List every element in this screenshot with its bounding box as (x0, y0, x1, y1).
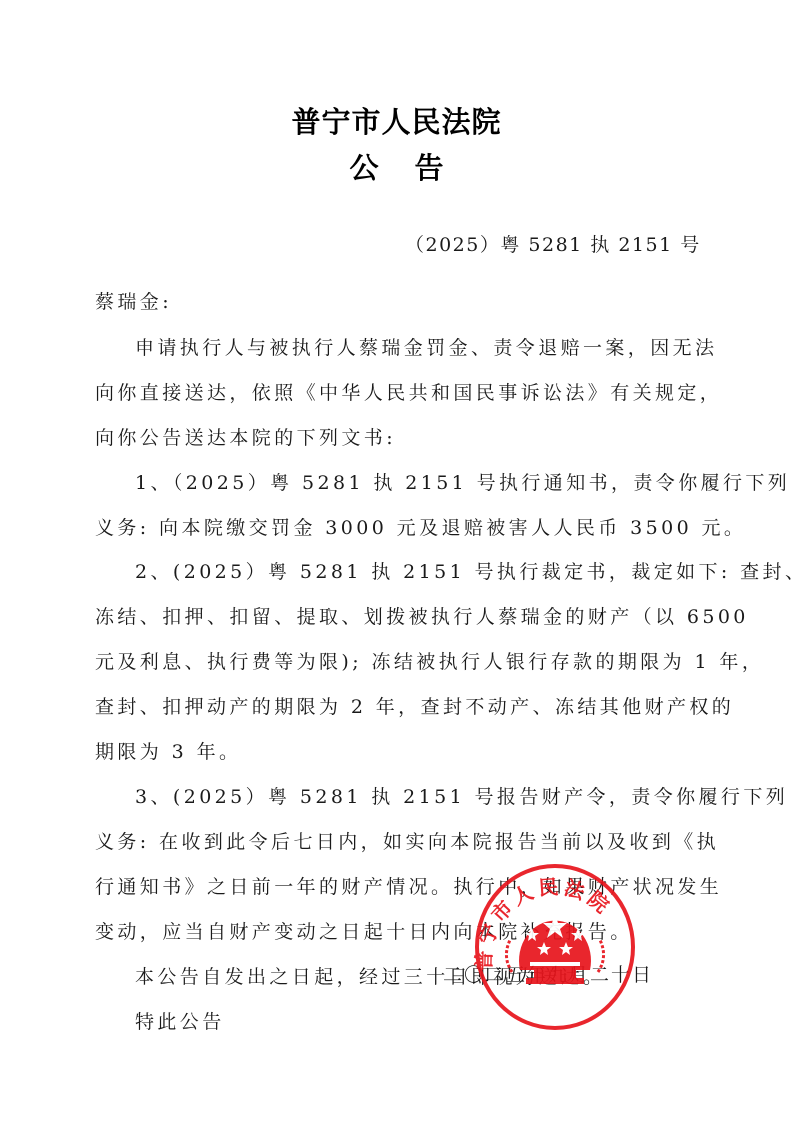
addressee: 蔡瑞金: (95, 290, 172, 314)
item-3-line: 义务: 在收到此令后七日内，如实向本院报告当前以及收到《执 (95, 830, 719, 854)
item-2-line: 冻结、扣押、扣留、提取、划拨被执行人蔡瑞金的财产（以 6500 (95, 605, 749, 629)
body-line: 申请执行人与被执行人蔡瑞金罚金、责令退赔一案，因无法 (135, 336, 717, 360)
document-type-heading: 公告 (0, 146, 793, 187)
item-3-line: 3、(2025）粤 5281 执 2151 号报告财产令，责令你履行下列 (135, 785, 788, 809)
item-2-line: 查封、扣押动产的期限为 2 年，查封不动产、冻结其他财产权的 (95, 695, 734, 719)
item-1-line: 1、（2025）粤 5281 执 2151 号执行通知书，责令你履行下列 (135, 471, 790, 495)
body-line: 向你公告送达本院的下列文书: (95, 426, 396, 450)
document-page: 普宁市人民法院 公告 （2025）粤 5281 执 2151 号 蔡瑞金: 申请… (0, 0, 793, 1122)
item-2-line: 期限为 3 年。 (95, 740, 241, 764)
case-number: （2025）粤 5281 执 2151 号 (405, 230, 701, 257)
item-2-line: 2、(2025）粤 5281 执 2151 号执行裁定书，裁定如下: 查封、 (135, 560, 793, 584)
item-3-line: 变动，应当自财产变动之日起十日内向本院补充报告。 (95, 920, 633, 944)
item-3-line: 行通知书》之日前一年的财产情况。执行中，如果财产状况发生 (95, 875, 722, 899)
item-1-line: 义务: 向本院缴交罚金 3000 元及退赔被害人人民币 3500 元。 (95, 516, 746, 540)
issue-date: 二〇二五年九月二十日 (443, 960, 653, 987)
closing-line: 特此公告 (135, 1010, 225, 1034)
court-name: 普宁市人民法院 (0, 100, 793, 141)
item-2-line: 元及利息、执行费等为限); 冻结被执行人银行存款的期限为 1 年， (95, 650, 764, 674)
body-line: 向你直接送达，依照《中华人民共和国民事诉讼法》有关规定， (95, 381, 722, 405)
